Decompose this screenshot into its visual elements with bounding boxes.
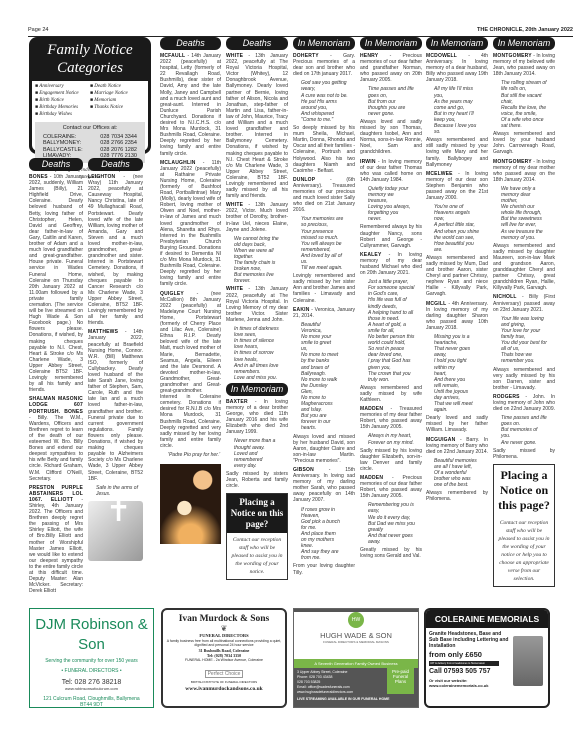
memoriam-banner: In Memoriam xyxy=(426,37,488,50)
notice-entry: EAKIN - Veronica, January 21, 2014. xyxy=(293,307,355,319)
verse: Beautiful Veronica, No more your smile t… xyxy=(293,322,355,432)
notice-entry: MCGUIGAN - Barry. In loving memory of Ba… xyxy=(426,437,488,455)
notice-tail: From your loving daughter Tilly. xyxy=(293,563,355,575)
category-item: Marriage Notice xyxy=(90,90,145,97)
notice-entry: MATTHEWS - 14th January 2022, peacefully… xyxy=(88,329,143,481)
cross-icon: ✝ xyxy=(106,509,131,515)
verse: Missing you is a heartache, That never g… xyxy=(426,334,488,413)
placing-notice-small: Placing a Notice on this page? Contact o… xyxy=(226,493,288,580)
verse: You're one of Heavens angels now, A perf… xyxy=(426,204,488,253)
family-notice-categories: Family Notice Categories AnniversaryDeat… xyxy=(29,37,151,154)
category-item: Death Notice xyxy=(90,83,145,90)
hw-logo-icon: HW xyxy=(348,612,364,628)
verse: Beautiful memories are all I have left, … xyxy=(426,458,488,488)
verse: The rolling stream of life rolls on, But… xyxy=(493,80,555,129)
notice-entry: IRWIN - In loving memory of our dear fat… xyxy=(360,159,422,183)
djm-robinson-ad: DJM Robinson & Son Serving the community… xyxy=(29,608,154,708)
notice-tail: Sadly missed by Philomena. xyxy=(493,448,555,460)
verse: Never more than a thought away. Loved an… xyxy=(226,438,288,468)
bible-cross-image: ✝ xyxy=(88,501,143,561)
notice-entry: MONTGOMERY - In loving memory of my belo… xyxy=(493,53,555,77)
notice-tail: Remembered always by his daughter Nancy,… xyxy=(360,224,422,248)
column-deaths-3: Deaths MCFAULL - 14th January 2022 (peac… xyxy=(160,37,221,544)
memoriam-banner: In Memoriam xyxy=(493,37,555,50)
notice-entry: DOHERTY - Gary. Precious memories of a d… xyxy=(293,53,355,77)
verse: Always in my heart, Forever on my mind. xyxy=(360,433,422,445)
verse: Remembering you is easy, We do it every … xyxy=(360,502,422,545)
notice-tail: Always remembered and still sadly missed… xyxy=(426,137,488,167)
notice-tail: Always remembered and loved by your husb… xyxy=(493,131,555,155)
verse: God saw you getting weary, A cure was no… xyxy=(293,80,355,123)
hugh-wade-ad: HW HUGH WADE & SON FUNERAL DIRECTORS & M… xyxy=(293,608,419,708)
placing-notice-large: Placing a Notice on this page? Contact o… xyxy=(493,464,555,587)
notice-entry: DUNLOP - (6th Anniversary). Treasured me… xyxy=(293,177,355,214)
category-item: Memoriam xyxy=(90,97,145,104)
verse: Just a little prayer, For someone specia… xyxy=(360,279,422,383)
column-memoriam-6: In Memoriam HENRY - Precious memories of… xyxy=(360,37,422,562)
notice-entry: MCLAUGHLIN - 11th January 2022 (peaceful… xyxy=(160,160,221,288)
notice-entry: BAXTER - In loving memory of a dear brot… xyxy=(226,399,288,436)
offices-box: Contact our Offices at: COLERAINE:028 70… xyxy=(35,122,145,163)
column-deaths-1: Deaths BONES - 10th January 2022, sudden… xyxy=(29,158,83,597)
category-item: Anniversary xyxy=(35,83,90,90)
column-memoriam-8: In Memoriam MONTGOMERY - In loving memor… xyxy=(493,37,555,587)
verse: Quietly today your memory we treasure, L… xyxy=(360,186,422,223)
notice-entry: MCDOWELL - 4th Anniversary. In loving me… xyxy=(426,53,488,83)
column-memoriam-5: In Memoriam DOHERTY - Gary. Precious mem… xyxy=(293,37,355,579)
notice-entry: MCFAULL - 14th January 2022 (peacefully)… xyxy=(160,53,221,157)
notice-entry: KEALEY - In loving memory of my dear hus… xyxy=(360,252,422,276)
verse: If roses grow in Heaven, God pick a bunc… xyxy=(293,507,355,562)
column-deaths-4: Deaths WHITE - 13th January 2022, peacef… xyxy=(226,37,288,580)
verse: We have only a memory dear mother, We ch… xyxy=(493,186,555,241)
page-number: Page 24 xyxy=(28,27,49,33)
notice-tail: Always remembered and sadly missed by da… xyxy=(493,243,555,292)
notice-tail: So deeply missed by his mum Sheila, Mich… xyxy=(293,125,355,174)
notice-entry: RODGERS - John. In loving memory of John… xyxy=(493,394,555,412)
verse: Your life was loving and giving, Your lo… xyxy=(493,316,555,365)
notice-entry: HENRY - Precious memories of our dear fa… xyxy=(360,53,422,83)
deaths-banner: Deaths xyxy=(29,158,83,171)
notice-entry: QUIGLEY - (nee McCallion) 8th January 20… xyxy=(160,291,221,449)
verse: Your memories are so precious, Your pres… xyxy=(293,216,355,271)
ivan-murdock-ad: Ivan Murdock & Sons ❦ FUNERAL DIRECTORS … xyxy=(161,608,287,708)
notice-entry: PRESTON PURPLE ABSTAINERS LOL 1067. ELLI… xyxy=(29,485,83,595)
verse: All my life I'll miss you, As the years … xyxy=(426,86,488,135)
page-header: Page 24 THE CHRONICLE, 20th January 2022 xyxy=(28,27,573,37)
notice-tail: Dearly loved and sadly missed by her fat… xyxy=(426,415,488,433)
verse: Time passes and life goes on. But memori… xyxy=(493,415,555,445)
notice-entry: WHITE - 13th January 2022, peacefully at… xyxy=(226,286,288,323)
deaths-banner: Deaths xyxy=(88,158,143,171)
notice-tail: Sadly missed by sisters Jean, Roberta an… xyxy=(226,471,288,489)
publication-title: THE CHRONICLE, 20th January 2022 xyxy=(477,27,573,33)
headstone-image xyxy=(513,636,543,686)
notice-entry: LEIGHTON - (nee Wray) 11th January 2022,… xyxy=(88,174,143,326)
verse: Time passes and life goes on, But from o… xyxy=(360,86,422,116)
notice-tail: Lovingly remembered and sadly missed by … xyxy=(293,273,355,303)
verse: We cannot bring the old days back, When … xyxy=(226,236,288,285)
category-item: Birthday Wishes xyxy=(35,111,90,118)
notice-tail: Always loved and missed by her husband D… xyxy=(293,434,355,464)
notice-entry: MONTGOMERY - In loving memory of my dear… xyxy=(493,159,555,183)
notice-tail: Always remembered and very sadly missed … xyxy=(493,367,555,391)
ornament-icon: ❦ xyxy=(163,624,285,633)
notice-tail: Greatly missed by his loving sons Gerald… xyxy=(360,547,422,559)
category-item: Engagement Notice xyxy=(35,90,90,97)
notice-entry: MADDEN - Treasured memories of my dear f… xyxy=(360,406,422,430)
notice-tail: Always remembered and sadly missed by Mu… xyxy=(426,255,488,298)
notice-entry: WHITE - 13th January 2022, Victor. Much … xyxy=(226,202,288,232)
column-memoriam-7: In Memoriam MCDOWELL - 4th Anniversary. … xyxy=(426,37,488,505)
categories-title: Family Notice Categories xyxy=(29,37,151,77)
category-item: Birth Notice xyxy=(35,97,90,104)
column-deaths-2: Deaths LEIGHTON - (nee Wray) 11th Januar… xyxy=(88,158,143,561)
category-item: Thanks Notice xyxy=(90,104,145,111)
notice-entry: MADDEN - Precious memories of our dear f… xyxy=(360,475,422,499)
category-list: AnniversaryDeath NoticeEngagement Notice… xyxy=(32,81,148,120)
deaths-banner: Deaths xyxy=(160,37,221,50)
memoriam-banner: In Memoriam xyxy=(293,37,355,50)
notice-tail: Always loved and sadly missed by son Tho… xyxy=(360,119,422,156)
notice-entry: WHITE - 13th January 2022, peacefully at… xyxy=(226,53,288,199)
notice-entry: SHALMAN MASONIC LODGE 607 PORTRUSH. BONE… xyxy=(29,396,83,481)
notice-entry: BONES - 10th January 2022, suddenly, Wil… xyxy=(29,174,83,393)
notice-tail: Always remembered by Philomena. xyxy=(426,490,488,502)
notice-entry: GIBSON - 15th Anniversary. In loving sad… xyxy=(293,467,355,504)
memoriam-banner: In Memoriam xyxy=(226,383,288,396)
candles-image xyxy=(160,464,221,544)
notice-tail: Always remembered and sadly missed by wi… xyxy=(360,385,422,403)
deaths-banner: Deaths xyxy=(226,37,288,50)
coleraine-memorials-ad: COLERAINE MEMORIALS Granite Headstones, … xyxy=(424,608,550,708)
category-item: Birthday Memories xyxy=(35,104,90,111)
memoriam-banner: In Memoriam xyxy=(360,37,422,50)
notice-entry: MCGILL - 4th Anniversary. In loving memo… xyxy=(426,301,488,331)
notice-tail: Sadly missed by his loving daughter Eliz… xyxy=(360,448,422,472)
notice-entry: MCELWEE - In loving memory of our dear s… xyxy=(426,171,488,201)
verse: 'Padre Pio pray for her.' xyxy=(160,452,221,458)
notice-entry: NICHOLL - Billy (First Anniversary) pass… xyxy=(493,294,555,312)
verse: In times of darkness love sees, In times… xyxy=(226,326,288,381)
